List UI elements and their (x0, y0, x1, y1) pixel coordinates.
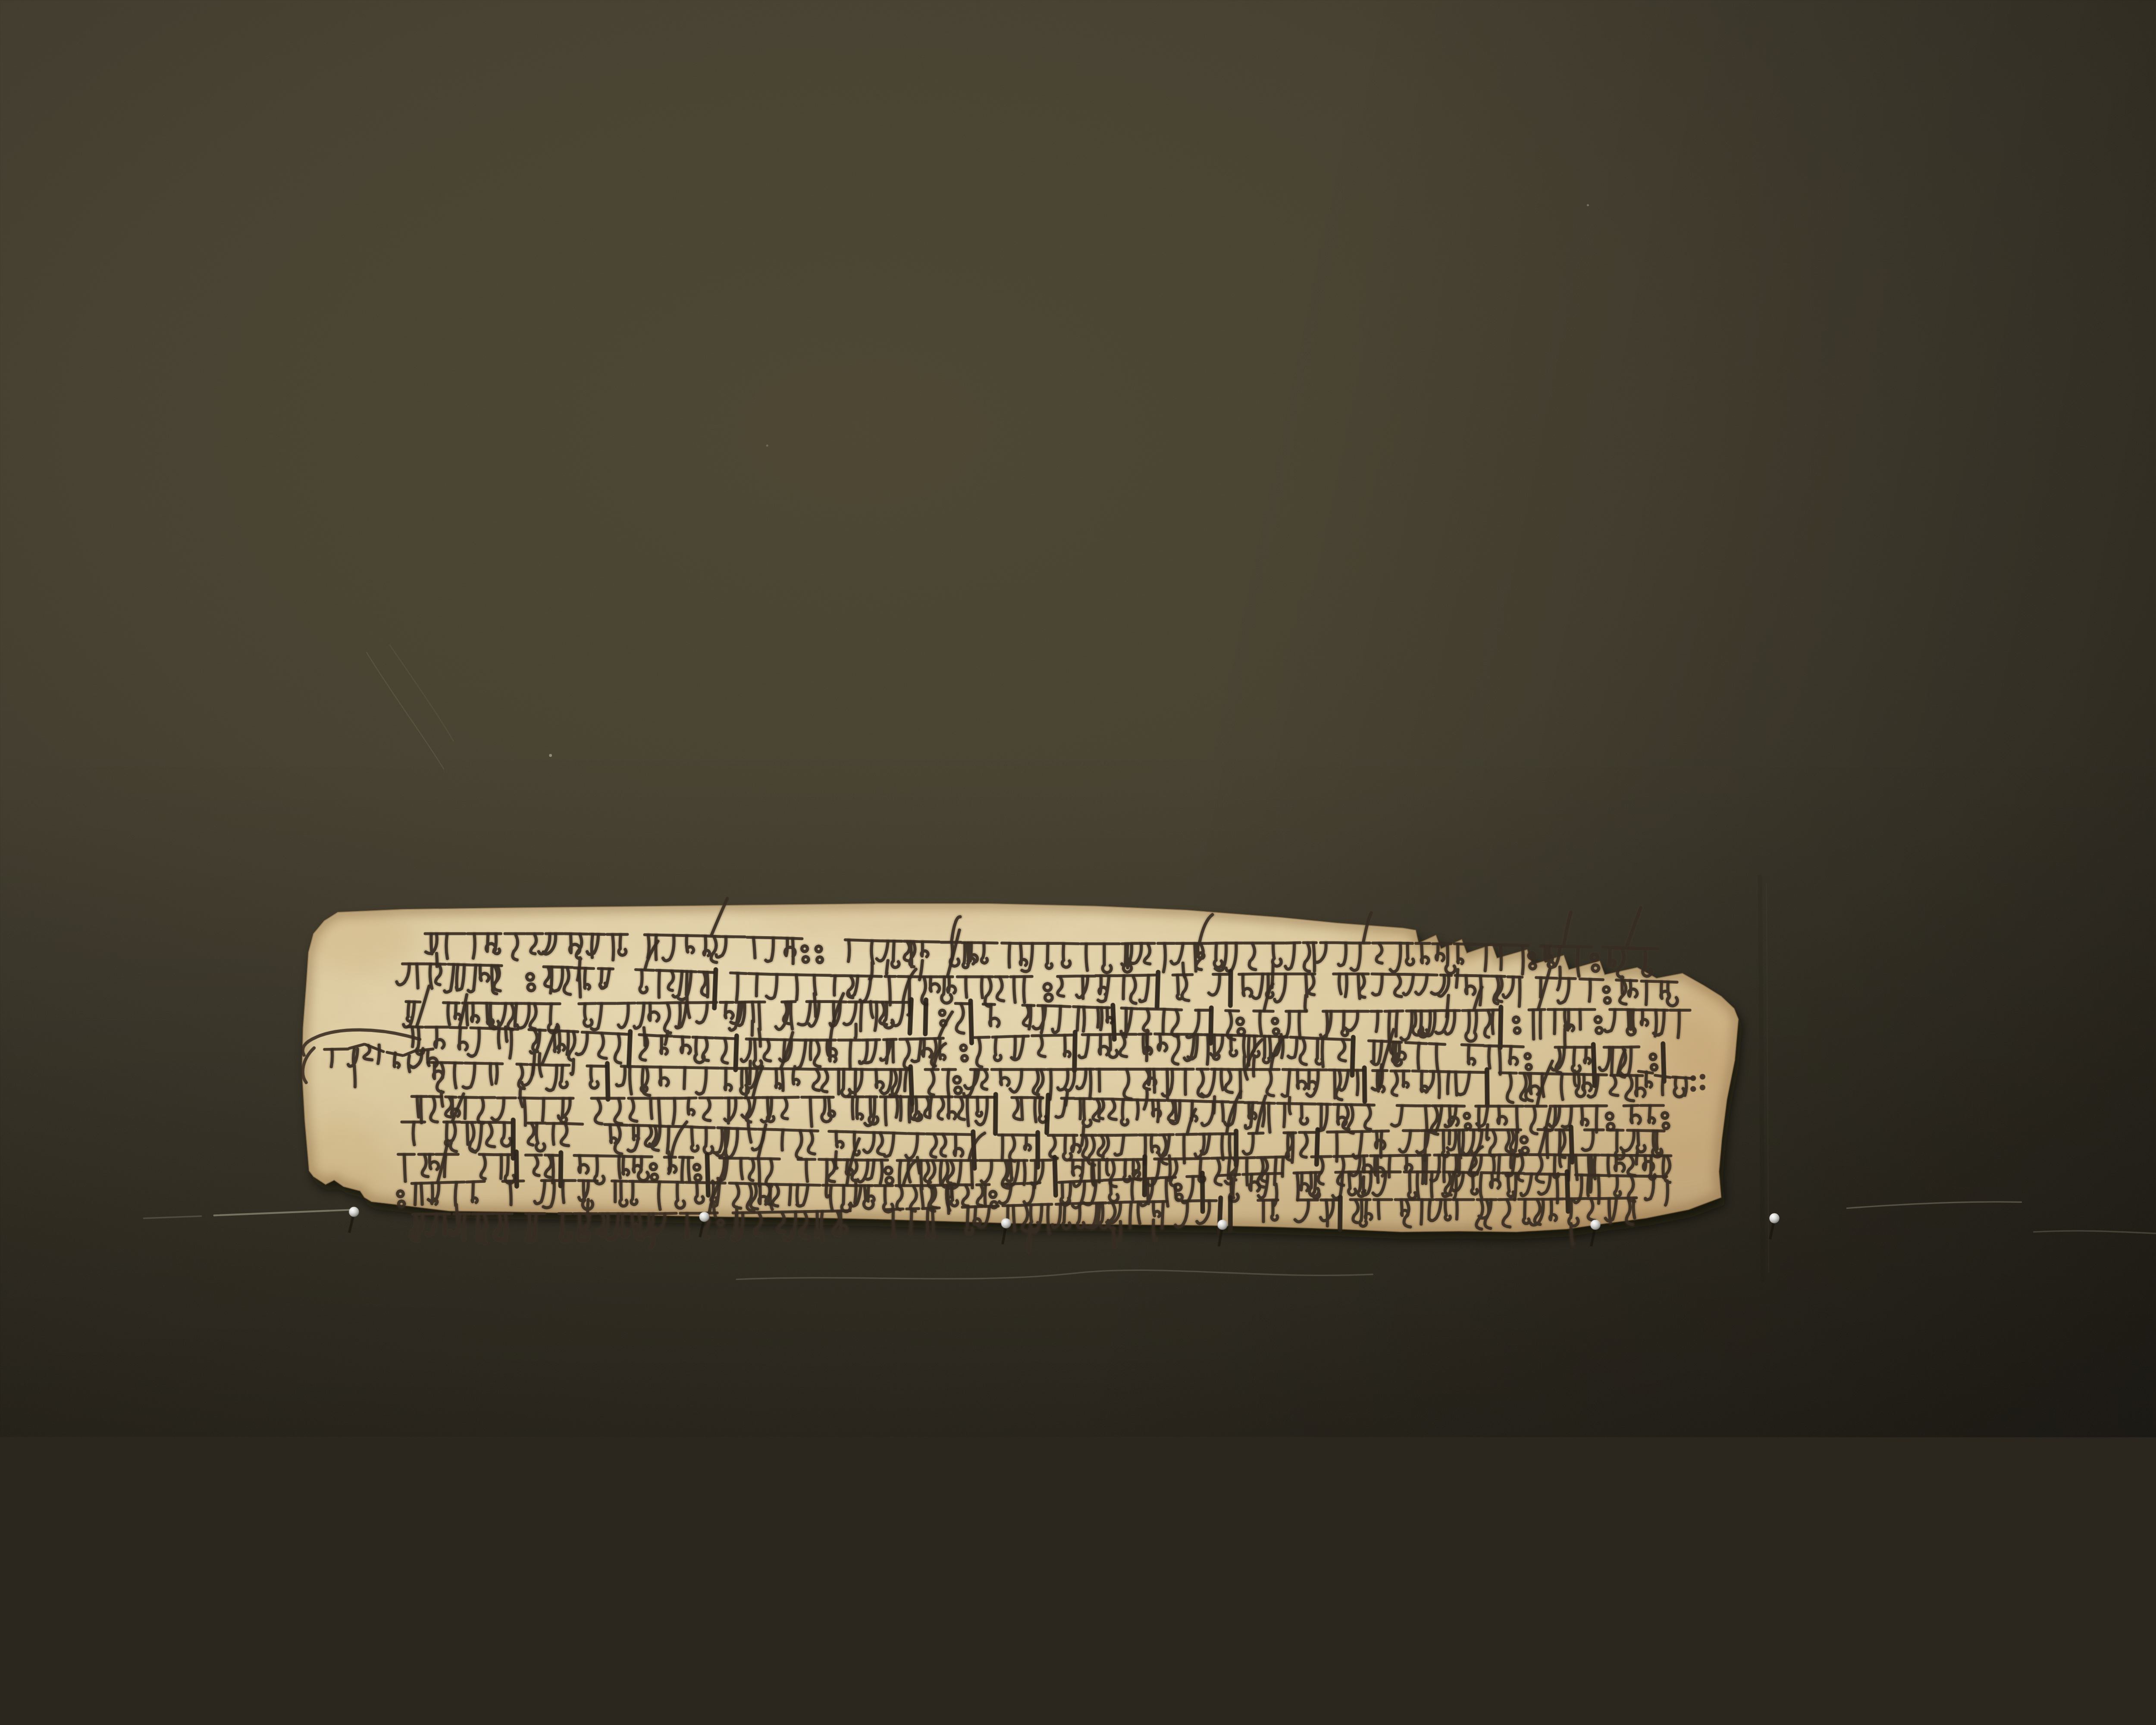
manuscript-scene (0, 0, 2156, 1437)
photo-stage (0, 0, 2156, 1437)
